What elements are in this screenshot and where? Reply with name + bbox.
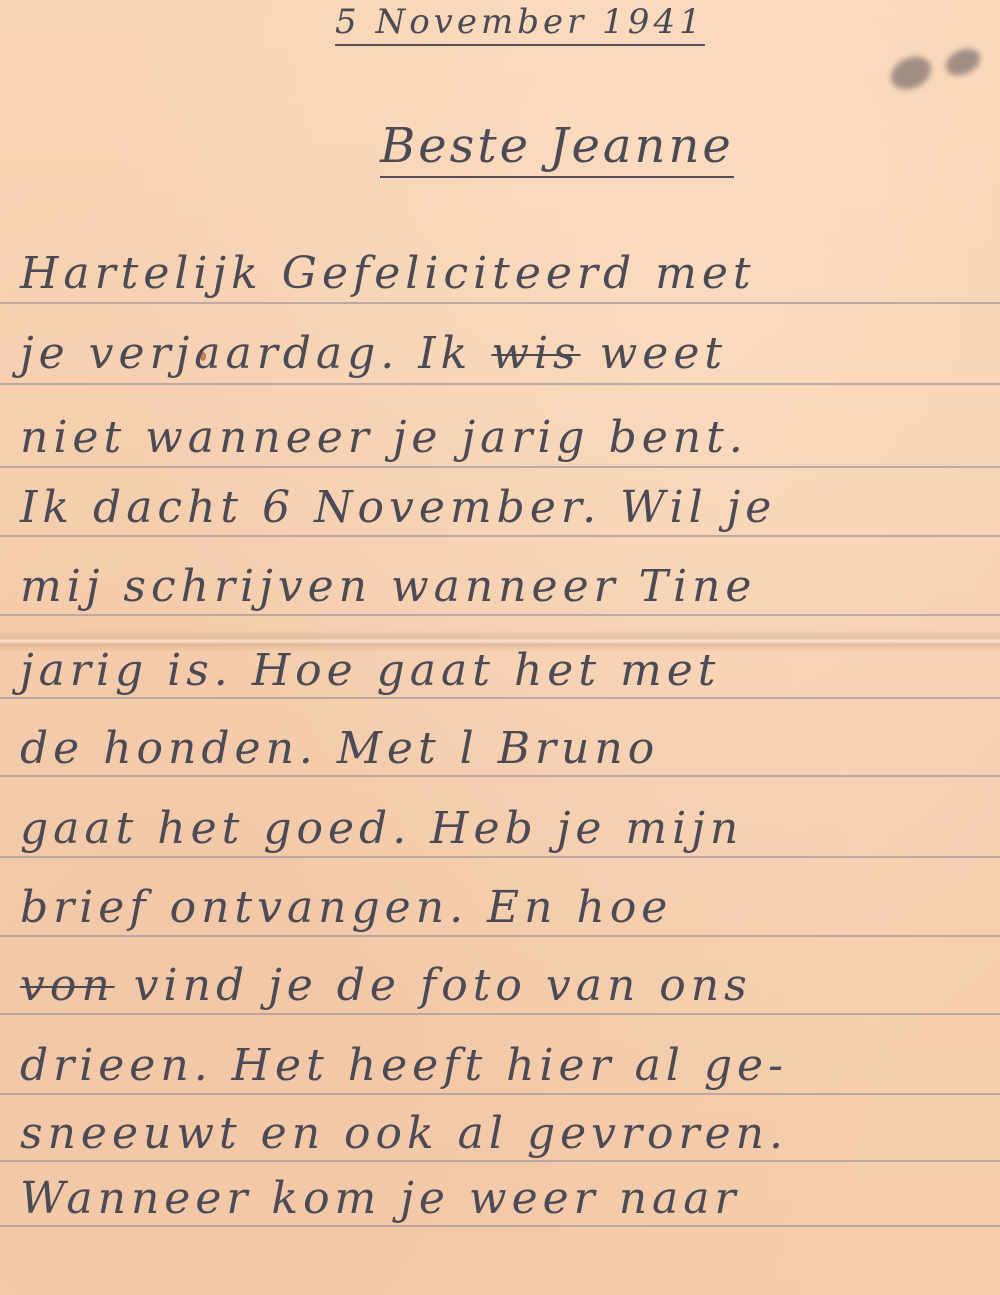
letter-salutation: Beste Jeanne [380,118,734,178]
struck-word: von [20,960,115,1011]
ruled-line [0,775,1000,777]
line-text: weet [581,328,727,379]
letter-line: brief ontvangen. En hoe [20,882,672,933]
ruled-line [0,614,1000,616]
letter-line: von vind je de foto van ons [20,960,752,1011]
ruled-line [0,302,1000,304]
ruled-line [0,1160,1000,1162]
letter-date: 5 November 1941 [335,2,705,46]
letter-line: sneeuwt en ook al gevroren. [20,1108,788,1159]
letter-line: drieen. Het heeft hier al ge- [20,1040,788,1091]
ruled-line [0,1013,1000,1015]
ruled-line [0,1225,1000,1227]
pencil-smudge [942,44,985,81]
ruled-line [0,1093,1000,1095]
letter-line: niet wanneer je jarig bent. [20,412,748,463]
line-text: vind je de foto van ons [115,960,752,1011]
letter-line: gaat het goed. Heb je mijn [20,803,743,854]
letter-page: 5 November 1941 Beste Jeanne Hartelijk G… [0,0,1000,1295]
line-text: je verjaardag. Ik [20,328,491,379]
ruled-line [0,697,1000,699]
letter-line: de honden. Met l Bruno [20,723,659,774]
ruled-line [0,466,1000,468]
ruled-line [0,856,1000,858]
letter-line: Hartelijk Gefeliciteerd met [20,248,756,299]
letter-line: jarig is. Hoe gaat het met [20,645,720,696]
pencil-smudge [886,51,937,96]
ruled-line [0,383,1000,385]
letter-line: Wanneer kom je weer naar [20,1173,741,1224]
letter-line: mij schrijven wanneer Tine [20,561,756,612]
ruled-line [0,935,1000,937]
ruled-line [0,535,1000,537]
struck-word: wis [491,328,580,379]
letter-line: Ik dacht 6 November. Wil je [20,482,776,533]
letter-line: je verjaardag. Ik wis weet [20,328,727,379]
